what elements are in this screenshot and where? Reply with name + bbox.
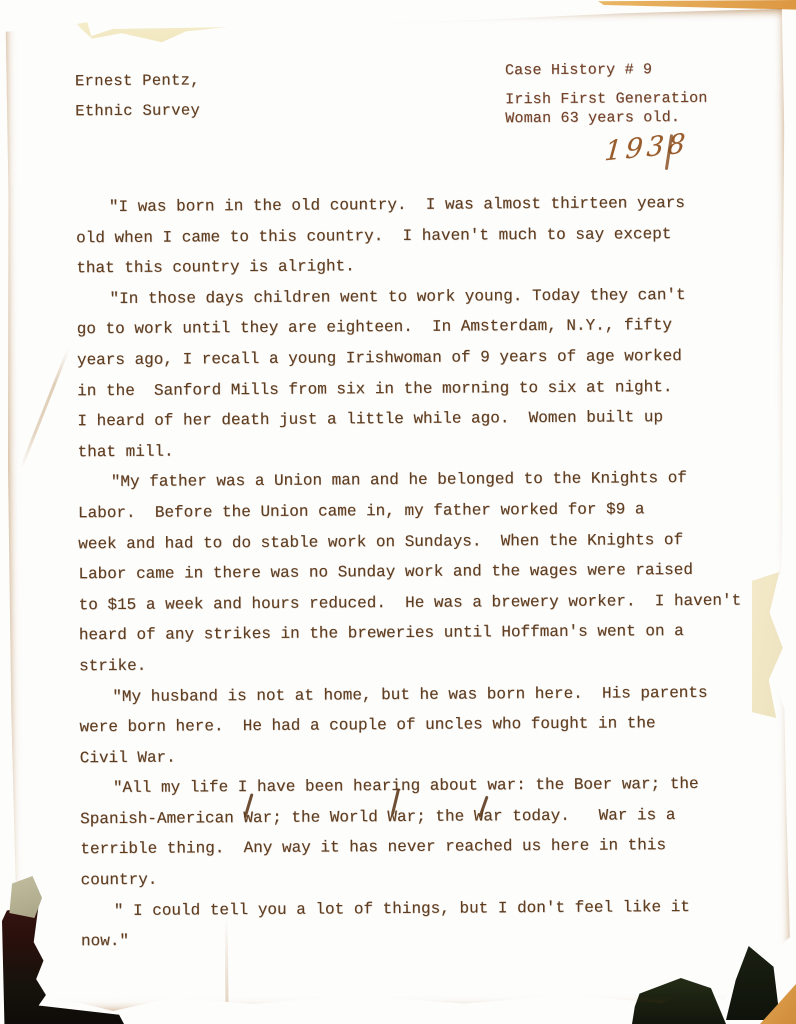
- typed-line: that mill.: [77, 432, 777, 467]
- header-author-block: Ernest Pentz, Ethnic Survey: [75, 65, 200, 126]
- handwritten-year: 1938: [603, 128, 690, 167]
- typed-line: week and had to do stable work on Sunday…: [78, 524, 778, 559]
- typed-line: Labor came in there was no Sunday work a…: [78, 554, 778, 589]
- header-case-block: Case History # 9 Irish First Generation …: [505, 60, 708, 128]
- typed-line: "My husband is not at home, but he was b…: [79, 677, 779, 712]
- subject-age: Woman 63 years old.: [505, 108, 708, 128]
- typed-line: country.: [80, 860, 780, 895]
- typed-line: terrible thing. Any way it has never rea…: [80, 830, 780, 865]
- typed-line: strike.: [79, 646, 779, 681]
- typed-line: to $15 a week and hours reduced. He was …: [79, 585, 779, 620]
- typed-line: in the Sanford Mills from six in the mor…: [77, 371, 777, 406]
- scanned-document-page: Ernest Pentz, Ethnic Survey Case History…: [0, 0, 796, 1024]
- typed-line: "In those days children went to work you…: [76, 279, 776, 314]
- typed-line: " I could tell you a lot of things, but …: [81, 891, 781, 926]
- typed-line: years ago, I recall a young Irishwoman o…: [77, 340, 777, 375]
- typed-line: heard of any strikes in the breweries un…: [79, 616, 779, 651]
- subject-ethnicity: Irish First Generation: [505, 89, 708, 109]
- typed-line: "My father was a Union man and he belong…: [78, 463, 778, 498]
- typed-line: "I was born in the old country. I was al…: [76, 187, 776, 222]
- typed-body: "I was born in the old country. I was al…: [76, 187, 781, 957]
- typed-line: now.": [81, 922, 781, 957]
- typed-line: were born here. He had a couple of uncle…: [79, 707, 779, 742]
- typed-line: I heard of her death just a little while…: [77, 402, 777, 437]
- survey-title: Ethnic Survey: [75, 95, 200, 126]
- typed-line: that this country is alright.: [76, 249, 776, 284]
- author-name: Ernest Pentz,: [75, 65, 200, 96]
- typed-line: "All my life I have been hearing about w…: [80, 769, 780, 804]
- case-history-number: Case History # 9: [505, 60, 708, 80]
- surface-peel-mark: [73, 16, 235, 44]
- typed-line: old when I came to this country. I haven…: [76, 218, 776, 253]
- typed-line: Civil War.: [80, 738, 780, 773]
- typed-line: go to work until they are eighteen. In A…: [77, 310, 777, 345]
- crease-mark-left: [20, 348, 70, 468]
- typed-line: Spanish-American War; the World War; the…: [80, 799, 780, 834]
- paper-sheet: Ernest Pentz, Ethnic Survey Case History…: [3, 7, 794, 1014]
- typed-line: Labor. Before the Union came in, my fath…: [78, 493, 778, 528]
